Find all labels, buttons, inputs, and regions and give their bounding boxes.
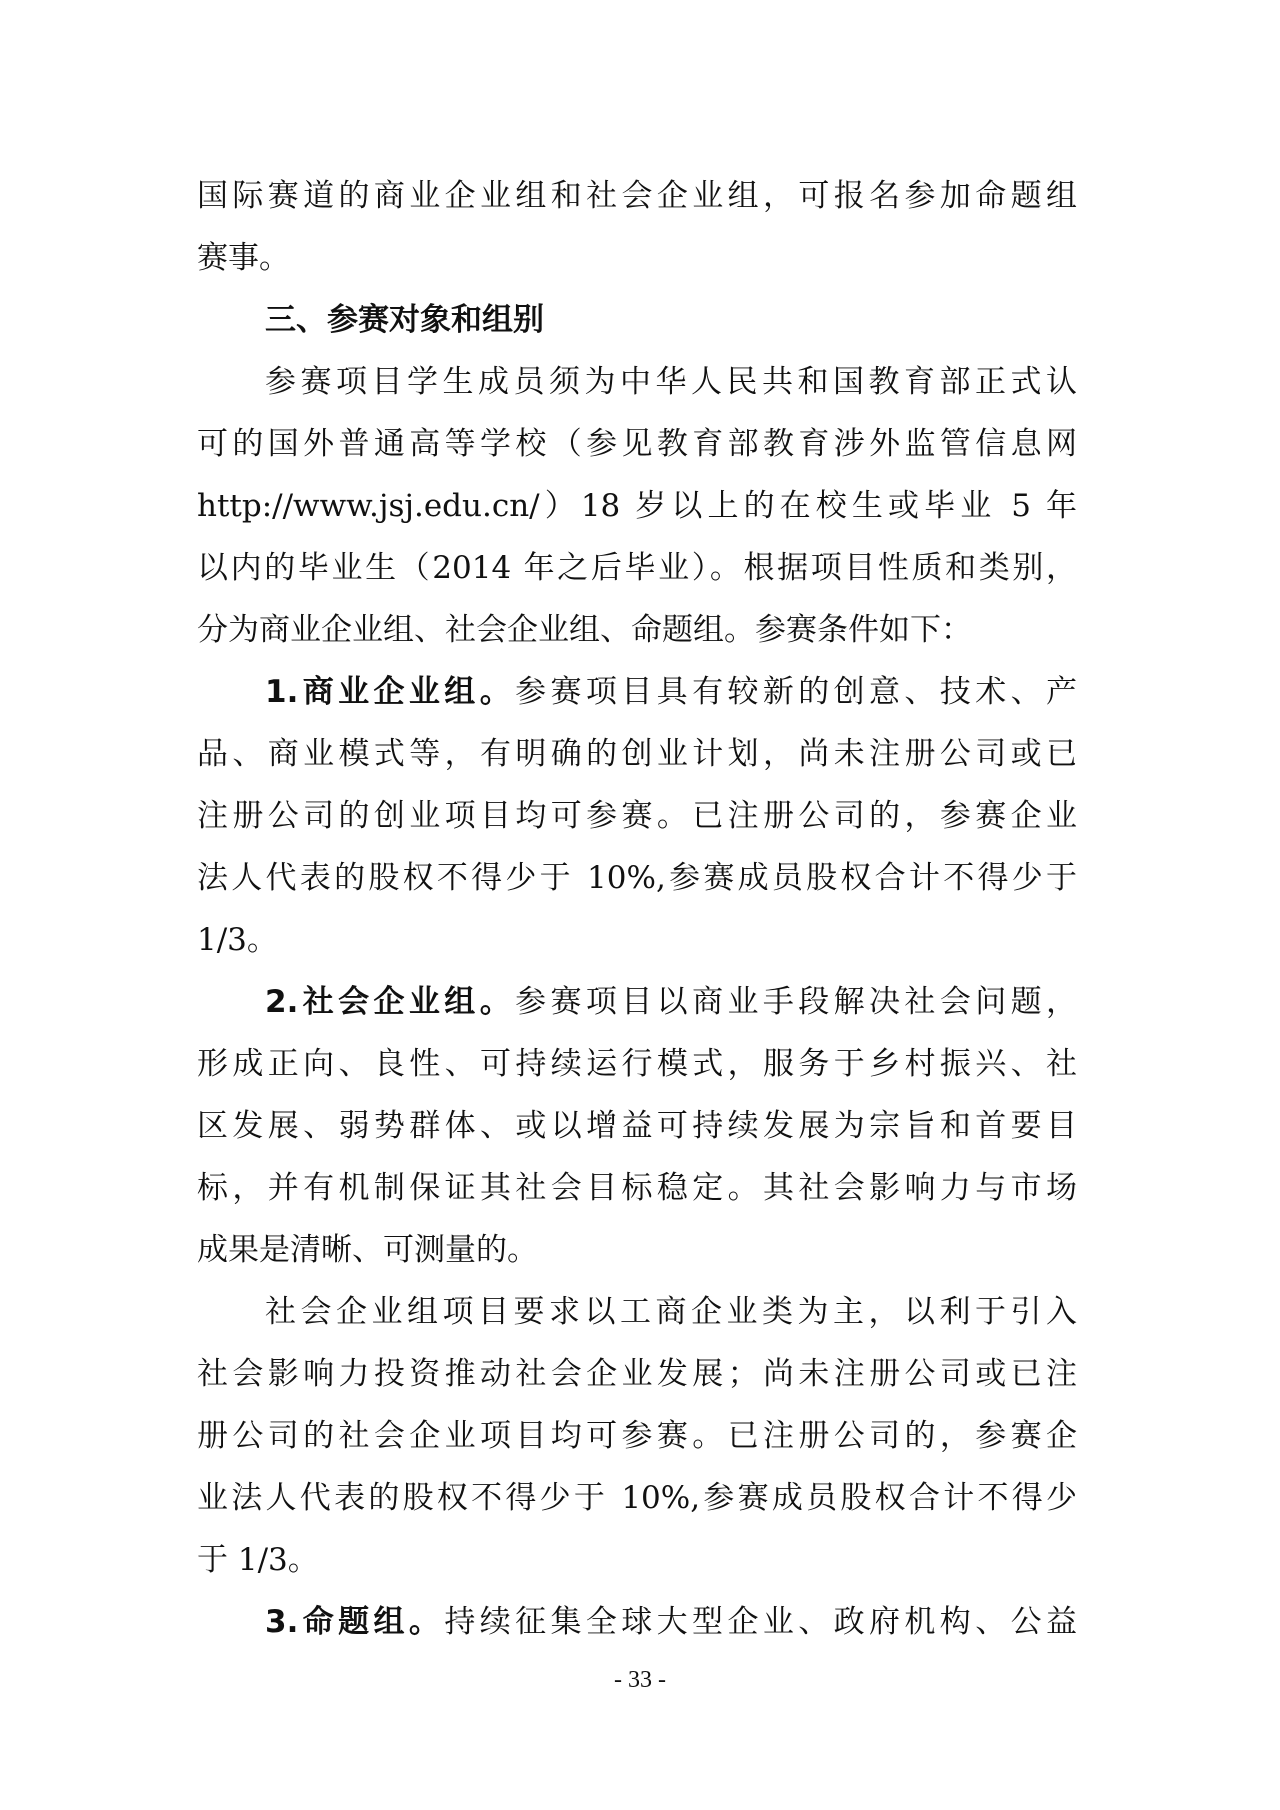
paragraph-line: 标，并有机制保证其社会目标稳定。其社会影响力与市场 — [197, 1168, 1077, 1208]
paragraph-line: 形成正向、良性、可持续运行模式，服务于乡村振兴、社 — [197, 1044, 1077, 1084]
item-title-proposition-group: 3.命题组。 — [265, 1604, 444, 1640]
paragraph-line: 1.商业企业组。参赛项目具有较新的创意、技术、产 — [265, 672, 1077, 712]
paragraph-line: 区发展、弱势群体、或以增益可持续发展为宗旨和首要目 — [197, 1106, 1077, 1146]
paragraph-line: 参赛项目学生成员须为中华人民共和国教育部正式认 — [265, 362, 1077, 402]
paragraph-line: 于 1/3。 — [197, 1540, 1077, 1580]
paragraph-line: 法人代表的股权不得少于 10%,参赛成员股权合计不得少于 — [197, 858, 1077, 898]
paragraph-line: 以内的毕业生（2014 年之后毕业）。根据项目性质和类别， — [197, 548, 1077, 588]
section-heading: 三、参赛对象和组别 — [265, 300, 1077, 340]
paragraph-line: 分为商业企业组、社会企业组、命题组。参赛条件如下： — [197, 610, 1077, 650]
item-title-business-group: 1.商业企业组。 — [265, 674, 515, 710]
paragraph-line: 国际赛道的商业企业组和社会企业组，可报名参加命题组 — [197, 176, 1077, 216]
paragraph-line: 3.命题组。持续征集全球大型企业、政府机构、公益 — [265, 1602, 1077, 1642]
paragraph-line: 社会影响力投资推动社会企业发展；尚未注册公司或已注 — [197, 1354, 1077, 1394]
paragraph-line: 业法人代表的股权不得少于 10%,参赛成员股权合计不得少 — [197, 1478, 1077, 1518]
document-page: 国际赛道的商业企业组和社会企业组，可报名参加命题组 赛事。 三、参赛对象和组别 … — [0, 0, 1280, 1810]
page-number: - 33 - — [0, 1667, 1280, 1694]
paragraph-line: 2.社会企业组。参赛项目以商业手段解决社会问题， — [265, 982, 1077, 1022]
paragraph-line: 社会企业组项目要求以工商企业类为主，以利于引入 — [265, 1292, 1077, 1332]
paragraph-line: 成果是清晰、可测量的。 — [197, 1230, 1077, 1270]
paragraph-line: http://www.jsj.edu.cn/）18 岁以上的在校生或毕业 5 年 — [197, 486, 1077, 526]
paragraph-line: 册公司的社会企业项目均可参赛。已注册公司的，参赛企 — [197, 1416, 1077, 1456]
paragraph-line: 1/3。 — [197, 920, 1077, 960]
paragraph-line: 赛事。 — [197, 238, 1077, 278]
item-title-social-group: 2.社会企业组。 — [265, 984, 515, 1020]
paragraph-line: 注册公司的创业项目均可参赛。已注册公司的，参赛企业 — [197, 796, 1077, 836]
paragraph-line: 可的国外普通高等学校（参见教育部教育涉外监管信息网 — [197, 424, 1077, 464]
paragraph-line: 品、商业模式等，有明确的创业计划，尚未注册公司或已 — [197, 734, 1077, 774]
